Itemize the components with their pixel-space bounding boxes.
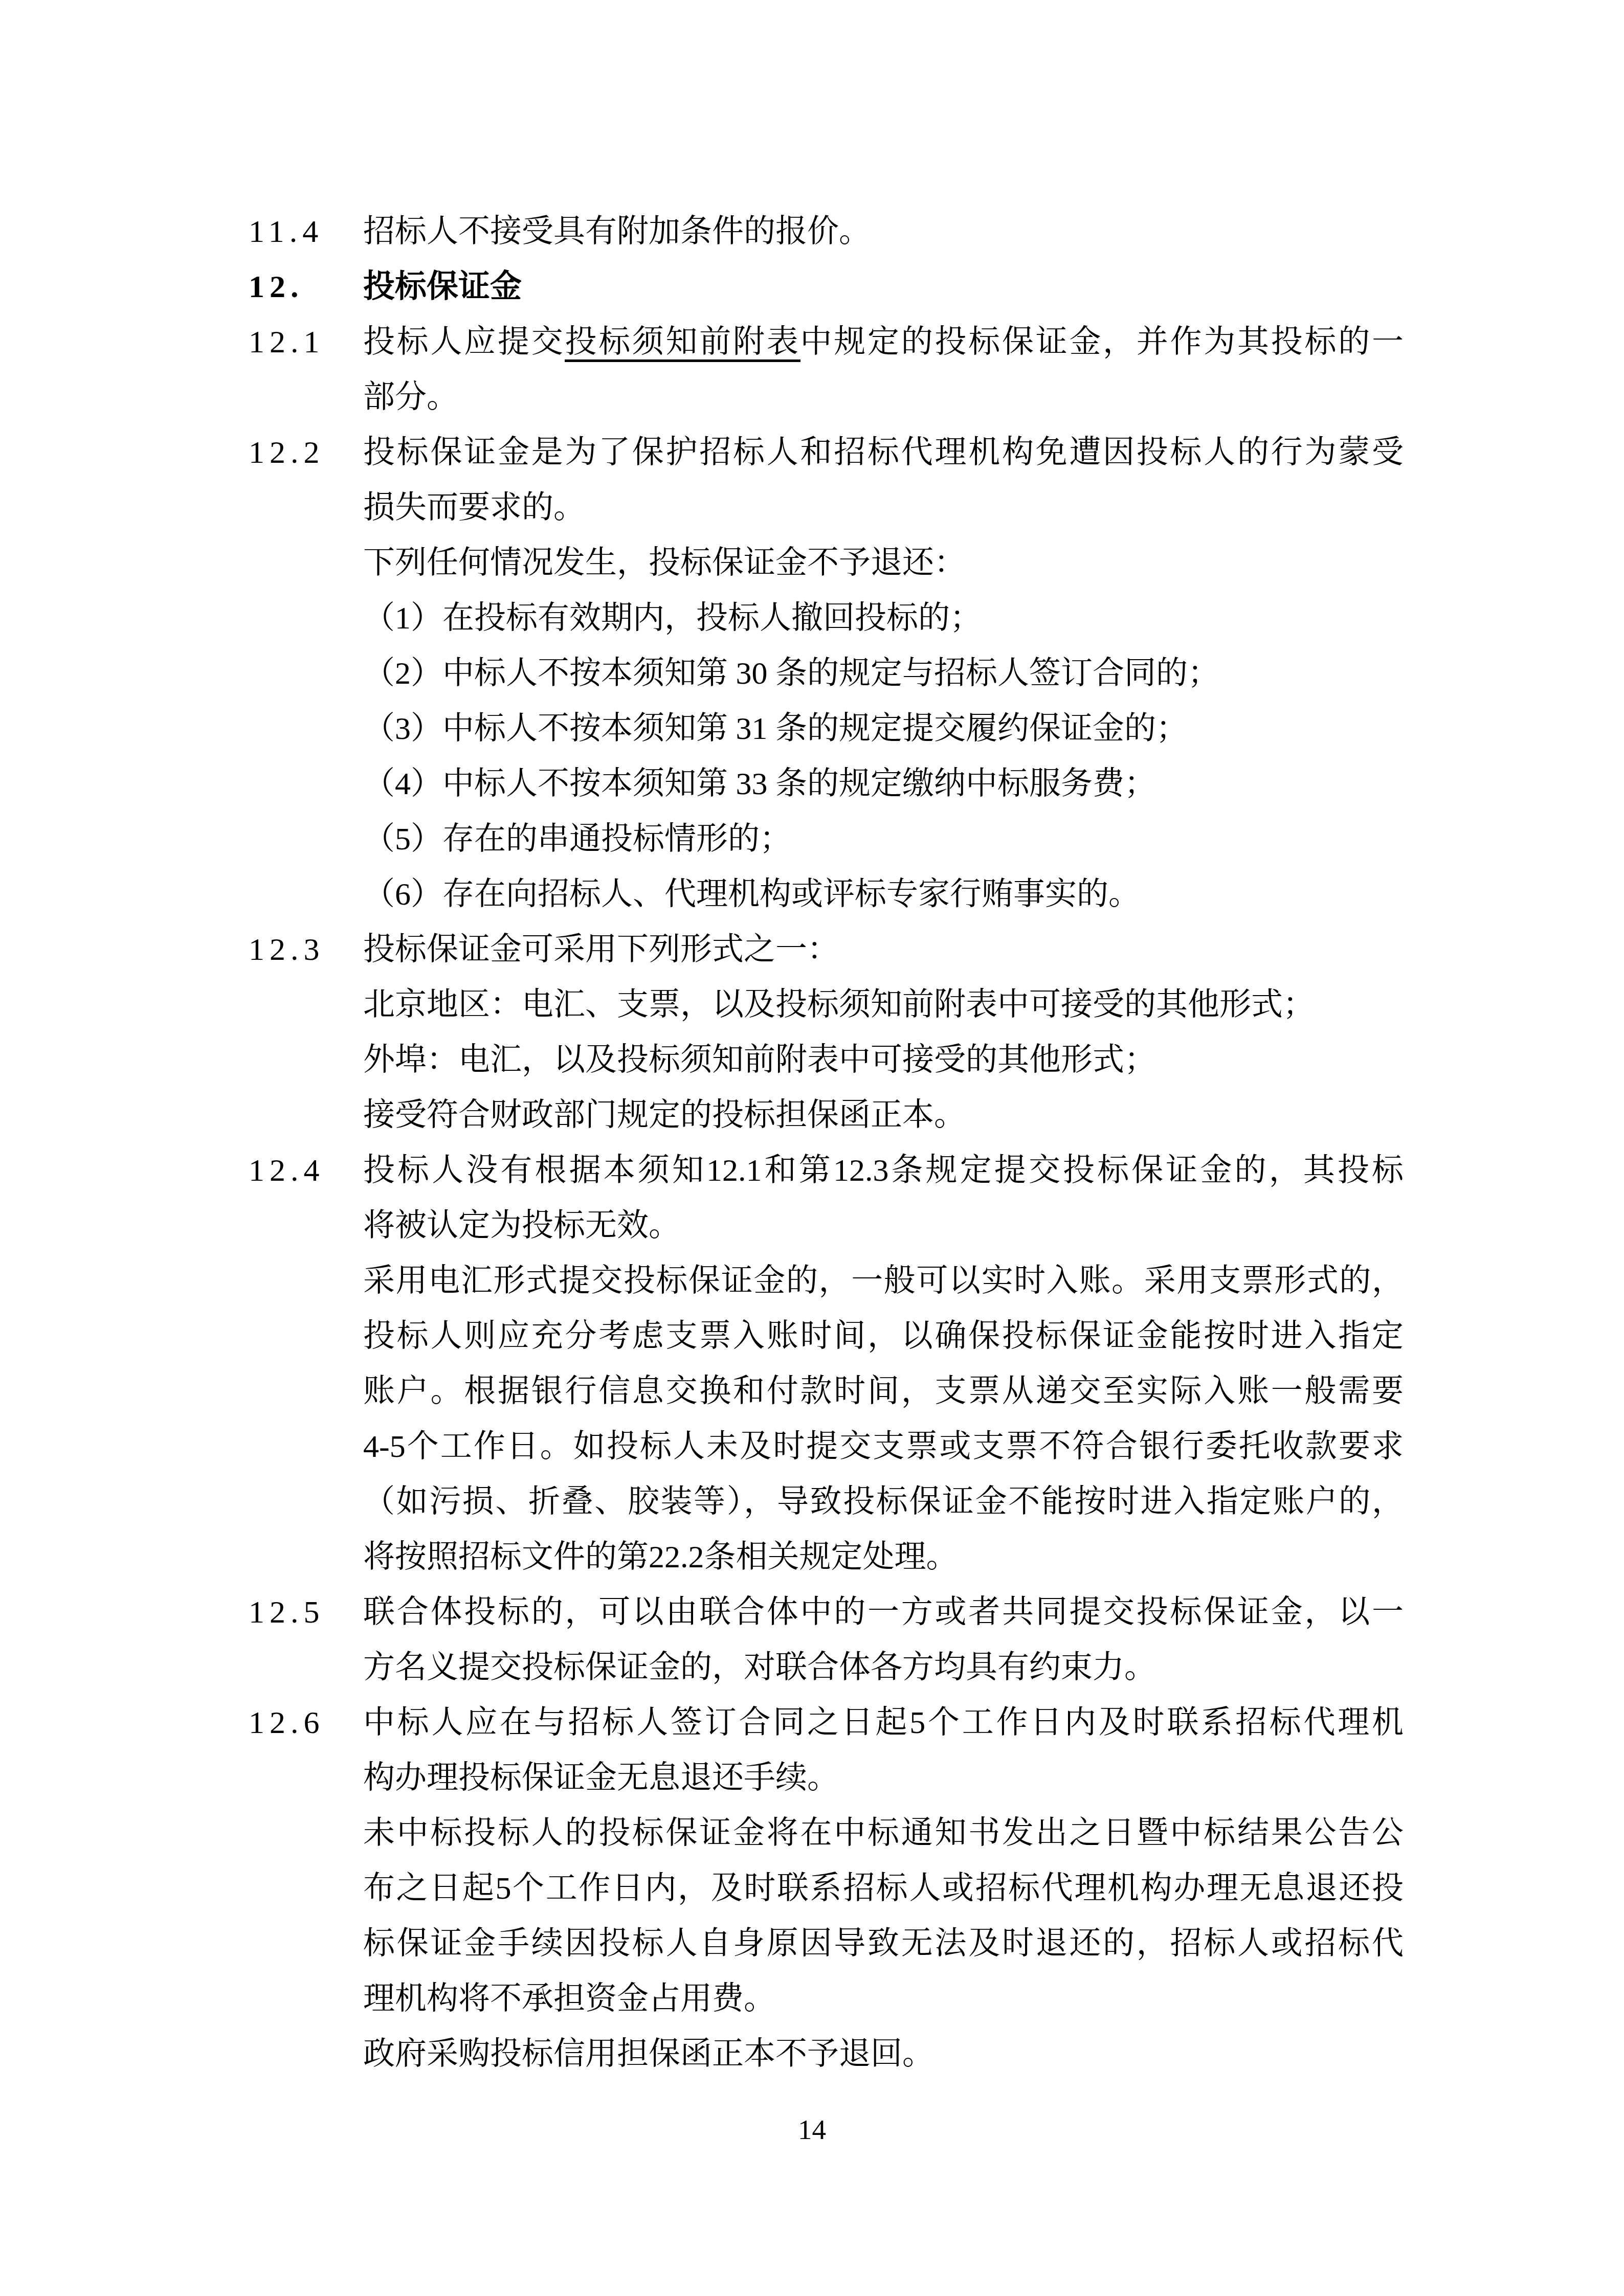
clause-number [249,756,363,812]
doc-row: 12.1 投标人应提交投标须知前附表中规定的投标保证金，并作为其投标的一部分。 [249,314,1404,425]
doc-row: （1）在投标有效期内，投标人撤回投标的； [249,591,1404,646]
clause-text: 接受符合财政部门规定的投标担保函正本。 [363,1088,1404,1143]
clause-text: 投标人没有根据本须知12.1和第12.3条规定提交投标保证金的，其投标将被认定为… [363,1143,1404,1253]
text-segment: （3）中标人不按本须知第 31 条的规定提交履约保证金的； [363,711,1188,746]
text-line: 外埠：电汇，以及投标须知前附表中可接受的其他形式； [363,1032,1404,1088]
doc-row: （6）存在向招标人、代理机构或评标专家行贿事实的。 [249,867,1404,922]
text-line: 北京地区：电汇、支票，以及投标须知前附表中可接受的其他形式； [363,977,1404,1032]
clause-text: （1）在投标有效期内，投标人撤回投标的； [363,591,1404,646]
doc-row: 11.4 招标人不接受具有附加条件的报价。 [249,204,1404,259]
clause-number [249,2027,363,2082]
doc-row: （4）中标人不按本须知第 33 条的规定缴纳中标服务费； [249,756,1404,812]
doc-row: 未中标投标人的投标保证金将在中标通知书发出之日暨中标结果公告公布之日起5个工作日… [249,1806,1404,2027]
doc-row: 下列任何情况发生，投标保证金不予退还： [249,535,1404,591]
text-segment: （4）中标人不按本须知第 33 条的规定缴纳中标服务费； [363,767,1156,801]
clause-number: 12. [249,259,363,314]
clause-number: 12.2 [249,425,363,535]
doc-row: 北京地区：电汇、支票，以及投标须知前附表中可接受的其他形式； [249,977,1404,1032]
text-segment: 投标人没有根据本须知12.1和第12.3条规定提交投标保证金的，其投标 [363,1153,1404,1188]
text-line: （2）中标人不按本须知第 30 条的规定与招标人签订合同的； [363,646,1404,701]
doc-row: （2）中标人不按本须知第 30 条的规定与招标人签订合同的； [249,646,1404,701]
text-line: 4-5个工作日。如投标人未及时提交支票或支票不符合银行委托收款要求 [363,1419,1404,1474]
text-segment: 下列任何情况发生，投标保证金不予退还： [363,546,966,580]
text-line: 下列任何情况发生，投标保证金不予退还： [363,535,1404,591]
clause-number [249,646,363,701]
doc-row: 12.4 投标人没有根据本须知12.1和第12.3条规定提交投标保证金的，其投标… [249,1143,1404,1253]
text-line: 采用电汇形式提交投标保证金的，一般可以实时入账。采用支票形式的， [363,1253,1404,1309]
text-line: 政府采购投标信用担保函正本不予退回。 [363,2027,1404,2082]
clause-text: （2）中标人不按本须知第 30 条的规定与招标人签订合同的； [363,646,1404,701]
text-line: （如污损、折叠、胶装等），导致投标保证金不能按时进入指定账户的， [363,1474,1404,1529]
text-line: 账户。根据银行信息交换和付款时间，支票从递交至实际入账一般需要 [363,1364,1404,1419]
clause-number [249,812,363,867]
doc-row: 12.6 中标人应在与招标人签订合同之日起5个工作日内及时联系招标代理机构办理投… [249,1695,1404,1806]
clause-number [249,1806,363,2027]
text-line: （3）中标人不按本须知第 31 条的规定提交履约保证金的； [363,701,1404,756]
clause-text: 北京地区：电汇、支票，以及投标须知前附表中可接受的其他形式； [363,977,1404,1032]
clause-text: 未中标投标人的投标保证金将在中标通知书发出之日暨中标结果公告公布之日起5个工作日… [363,1806,1404,2027]
clause-text: （4）中标人不按本须知第 33 条的规定缴纳中标服务费； [363,756,1404,812]
clause-text: 政府采购投标信用担保函正本不予退回。 [363,2027,1404,2082]
clause-number [249,1088,363,1143]
clause-number: 12.5 [249,1585,363,1695]
text-line: 招标人不接受具有附加条件的报价。 [363,204,1404,259]
doc-row: 12.5 联合体投标的，可以由联合体中的一方或者共同提交投标保证金，以一方名义提… [249,1585,1404,1695]
clause-number [249,535,363,591]
text-segment: 中规定的投标保证金，并作为其投标的一 [800,325,1404,359]
text-line: （1）在投标有效期内，投标人撤回投标的； [363,591,1404,646]
text-line: （5）存在的串通投标情形的； [363,812,1404,867]
doc-row: 12.3 投标保证金可采用下列形式之一： [249,922,1404,977]
text-line: 投标人没有根据本须知12.1和第12.3条规定提交投标保证金的，其投标 [363,1143,1404,1198]
text-segment: （1）在投标有效期内，投标人撤回投标的； [363,601,982,636]
clause-text: 投标保证金是为了保护招标人和招标代理机构免遭因投标人的行为蒙受损失而要求的。 [363,425,1404,535]
doc-row: （3）中标人不按本须知第 31 条的规定提交履约保证金的； [249,701,1404,756]
text-segment: 外埠：电汇，以及投标须知前附表中可接受的其他形式； [363,1043,1156,1077]
clause-number: 12.6 [249,1695,363,1806]
text-segment: 投标保证金是为了保护招标人和招标代理机构免遭因投标人的行为蒙受 [363,435,1404,470]
text-segment: 部分。 [363,380,458,415]
clause-number: 11.4 [249,204,363,259]
text-segment: 方名义提交投标保证金的，对联合体各方均具有约束力。 [363,1650,1156,1685]
clause-text: 采用电汇形式提交投标保证金的，一般可以实时入账。采用支票形式的，投标人则应充分考… [363,1253,1404,1585]
text-segment: 采用电汇形式提交投标保证金的，一般可以实时入账。采用支票形式的， [363,1264,1404,1298]
text-segment: 投标人则应充分考虑支票入账时间，以确保投标保证金能按时进入指定 [363,1319,1404,1354]
clause-number [249,867,363,922]
text-segment: 4-5个工作日。如投标人未及时提交支票或支票不符合银行委托收款要求 [363,1429,1404,1464]
doc-row: 政府采购投标信用担保函正本不予退回。 [249,2027,1404,2082]
clause-text: 外埠：电汇，以及投标须知前附表中可接受的其他形式； [363,1032,1404,1088]
clause-text: 投标保证金 [363,259,1404,314]
text-segment: 构办理投标保证金无息退还手续。 [363,1761,839,1795]
text-line: 构办理投标保证金无息退还手续。 [363,1750,1404,1806]
page-number: 14 [0,2112,1624,2148]
document-page: 11.4 招标人不接受具有附加条件的报价。 12. 投标保证金 12.1 投标人… [0,0,1624,2296]
text-segment: 理机构将不承担资金占用费。 [363,1982,775,2016]
text-line: 标保证金手续因投标人自身原因导致无法及时退还的，招标人或招标代 [363,1916,1404,1971]
text-line: 投标保证金是为了保护招标人和招标代理机构免遭因投标人的行为蒙受 [363,425,1404,480]
text-segment: 招标人不接受具有附加条件的报价。 [363,214,871,249]
clause-text: （6）存在向招标人、代理机构或评标专家行贿事实的。 [363,867,1404,922]
clause-number [249,1032,363,1088]
text-segment: 中标人应在与招标人签订合同之日起5个工作日内及时联系招标代理机 [363,1705,1404,1740]
text-segment: 未中标投标人的投标保证金将在中标通知书发出之日暨中标结果公告公 [363,1816,1404,1851]
clause-number: 12.3 [249,922,363,977]
doc-row: 12.2 投标保证金是为了保护招标人和招标代理机构免遭因投标人的行为蒙受损失而要… [249,425,1404,535]
clause-text: （3）中标人不按本须知第 31 条的规定提交履约保证金的； [363,701,1404,756]
doc-row: 外埠：电汇，以及投标须知前附表中可接受的其他形式； [249,1032,1404,1088]
clause-number [249,701,363,756]
text-segment: 投标保证金 [363,269,522,304]
clause-text: 中标人应在与招标人签订合同之日起5个工作日内及时联系招标代理机构办理投标保证金无… [363,1695,1404,1806]
text-line: 中标人应在与招标人签订合同之日起5个工作日内及时联系招标代理机 [363,1695,1404,1750]
text-segment: 损失而要求的。 [363,490,585,525]
text-line: 投标保证金 [363,259,1404,314]
clause-text: 投标保证金可采用下列形式之一： [363,922,1404,977]
document-body: 11.4 招标人不接受具有附加条件的报价。 12. 投标保证金 12.1 投标人… [249,204,1404,2082]
clause-text: 联合体投标的，可以由联合体中的一方或者共同提交投标保证金，以一方名义提交投标保证… [363,1585,1404,1695]
clause-number [249,977,363,1032]
text-segment: 账户。根据银行信息交换和付款时间，支票从递交至实际入账一般需要 [363,1374,1404,1409]
clause-number: 12.1 [249,314,363,425]
text-line: 理机构将不承担资金占用费。 [363,1971,1404,2027]
text-line: （6）存在向招标人、代理机构或评标专家行贿事实的。 [363,867,1404,922]
clause-text: 投标人应提交投标须知前附表中规定的投标保证金，并作为其投标的一部分。 [363,314,1404,425]
text-line: 投标保证金可采用下列形式之一： [363,922,1404,977]
doc-row: 接受符合财政部门规定的投标担保函正本。 [249,1088,1404,1143]
text-segment: 北京地区：电汇、支票，以及投标须知前附表中可接受的其他形式； [363,987,1315,1022]
doc-row: 12. 投标保证金 [249,259,1404,314]
text-line: 接受符合财政部门规定的投标担保函正本。 [363,1088,1404,1143]
clause-number [249,591,363,646]
text-segment: （6）存在向招标人、代理机构或评标专家行贿事实的。 [363,877,1140,912]
text-segment: 标保证金手续因投标人自身原因导致无法及时退还的，招标人或招标代 [363,1926,1404,1961]
text-line: 方名义提交投标保证金的，对联合体各方均具有约束力。 [363,1640,1404,1695]
clause-text: 招标人不接受具有附加条件的报价。 [363,204,1404,259]
doc-row: （5）存在的串通投标情形的； [249,812,1404,867]
text-segment: 布之日起5个工作日内，及时联系招标人或招标代理机构办理无息退还投 [363,1871,1404,1906]
text-line: 将被认定为投标无效。 [363,1198,1404,1253]
clause-text: 下列任何情况发生，投标保证金不予退还： [363,535,1404,591]
text-segment: （5）存在的串通投标情形的； [363,822,791,857]
text-line: 将按照招标文件的第22.2条相关规定处理。 [363,1529,1404,1585]
text-line: 投标人则应充分考虑支票入账时间，以确保投标保证金能按时进入指定 [363,1309,1404,1364]
text-line: 部分。 [363,370,1404,425]
clause-text: （5）存在的串通投标情形的； [363,812,1404,867]
text-line: （4）中标人不按本须知第 33 条的规定缴纳中标服务费； [363,756,1404,812]
clause-number [249,1253,363,1585]
text-segment: 接受符合财政部门规定的投标担保函正本。 [363,1098,966,1133]
text-segment: 投标人应提交 [363,325,565,359]
text-line: 未中标投标人的投标保证金将在中标通知书发出之日暨中标结果公告公 [363,1806,1404,1861]
text-line: 联合体投标的，可以由联合体中的一方或者共同提交投标保证金，以一 [363,1585,1404,1640]
text-segment: 将被认定为投标无效。 [363,1208,680,1243]
text-segment: 投标保证金可采用下列形式之一： [363,932,839,967]
text-line: 布之日起5个工作日内，及时联系招标人或招标代理机构办理无息退还投 [363,1861,1404,1916]
underlined-text: 投标须知前附表 [565,325,800,362]
clause-number: 12.4 [249,1143,363,1253]
text-segment: 将按照招标文件的第22.2条相关规定处理。 [363,1540,958,1574]
text-line: 投标人应提交投标须知前附表中规定的投标保证金，并作为其投标的一 [363,314,1404,370]
text-segment: 联合体投标的，可以由联合体中的一方或者共同提交投标保证金，以一 [363,1595,1404,1630]
text-segment: （如污损、折叠、胶装等），导致投标保证金不能按时进入指定账户的， [363,1484,1404,1519]
text-line: 损失而要求的。 [363,480,1404,535]
text-segment: 政府采购投标信用担保函正本不予退回。 [363,2037,934,2072]
doc-row: 采用电汇形式提交投标保证金的，一般可以实时入账。采用支票形式的，投标人则应充分考… [249,1253,1404,1585]
text-segment: （2）中标人不按本须知第 30 条的规定与招标人签订合同的； [363,656,1219,691]
